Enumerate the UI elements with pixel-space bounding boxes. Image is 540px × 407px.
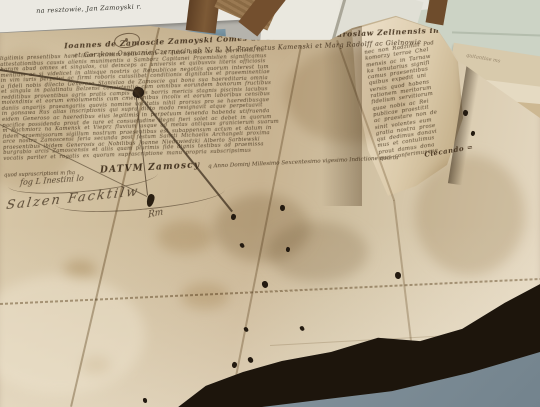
ink-hole-spot bbox=[470, 130, 475, 136]
parchment-stain bbox=[268, 222, 368, 282]
ink-hole-spot bbox=[143, 398, 148, 403]
ink-hole-spot bbox=[299, 325, 305, 331]
parchment-stain bbox=[285, 47, 415, 143]
ink-hole-spot bbox=[262, 281, 269, 289]
parchment-stain bbox=[0, 275, 145, 395]
parchment-stain bbox=[157, 221, 213, 253]
ink-hole-spot bbox=[395, 272, 402, 279]
parchment-stain bbox=[415, 155, 525, 275]
signature-3: Rm bbox=[148, 207, 163, 220]
stack-sheet-note: quitantiae ms bbox=[466, 53, 501, 65]
note-line-zamoyski: na resztowie, Jan Zamoyski r. bbox=[36, 3, 142, 15]
notary-circle-dot bbox=[125, 38, 128, 42]
ink-hole-spot bbox=[243, 326, 249, 332]
ink-hole-spot bbox=[247, 356, 254, 363]
photo-scene: w podaniu reszty y pudelka na resztowie,… bbox=[0, 0, 540, 407]
